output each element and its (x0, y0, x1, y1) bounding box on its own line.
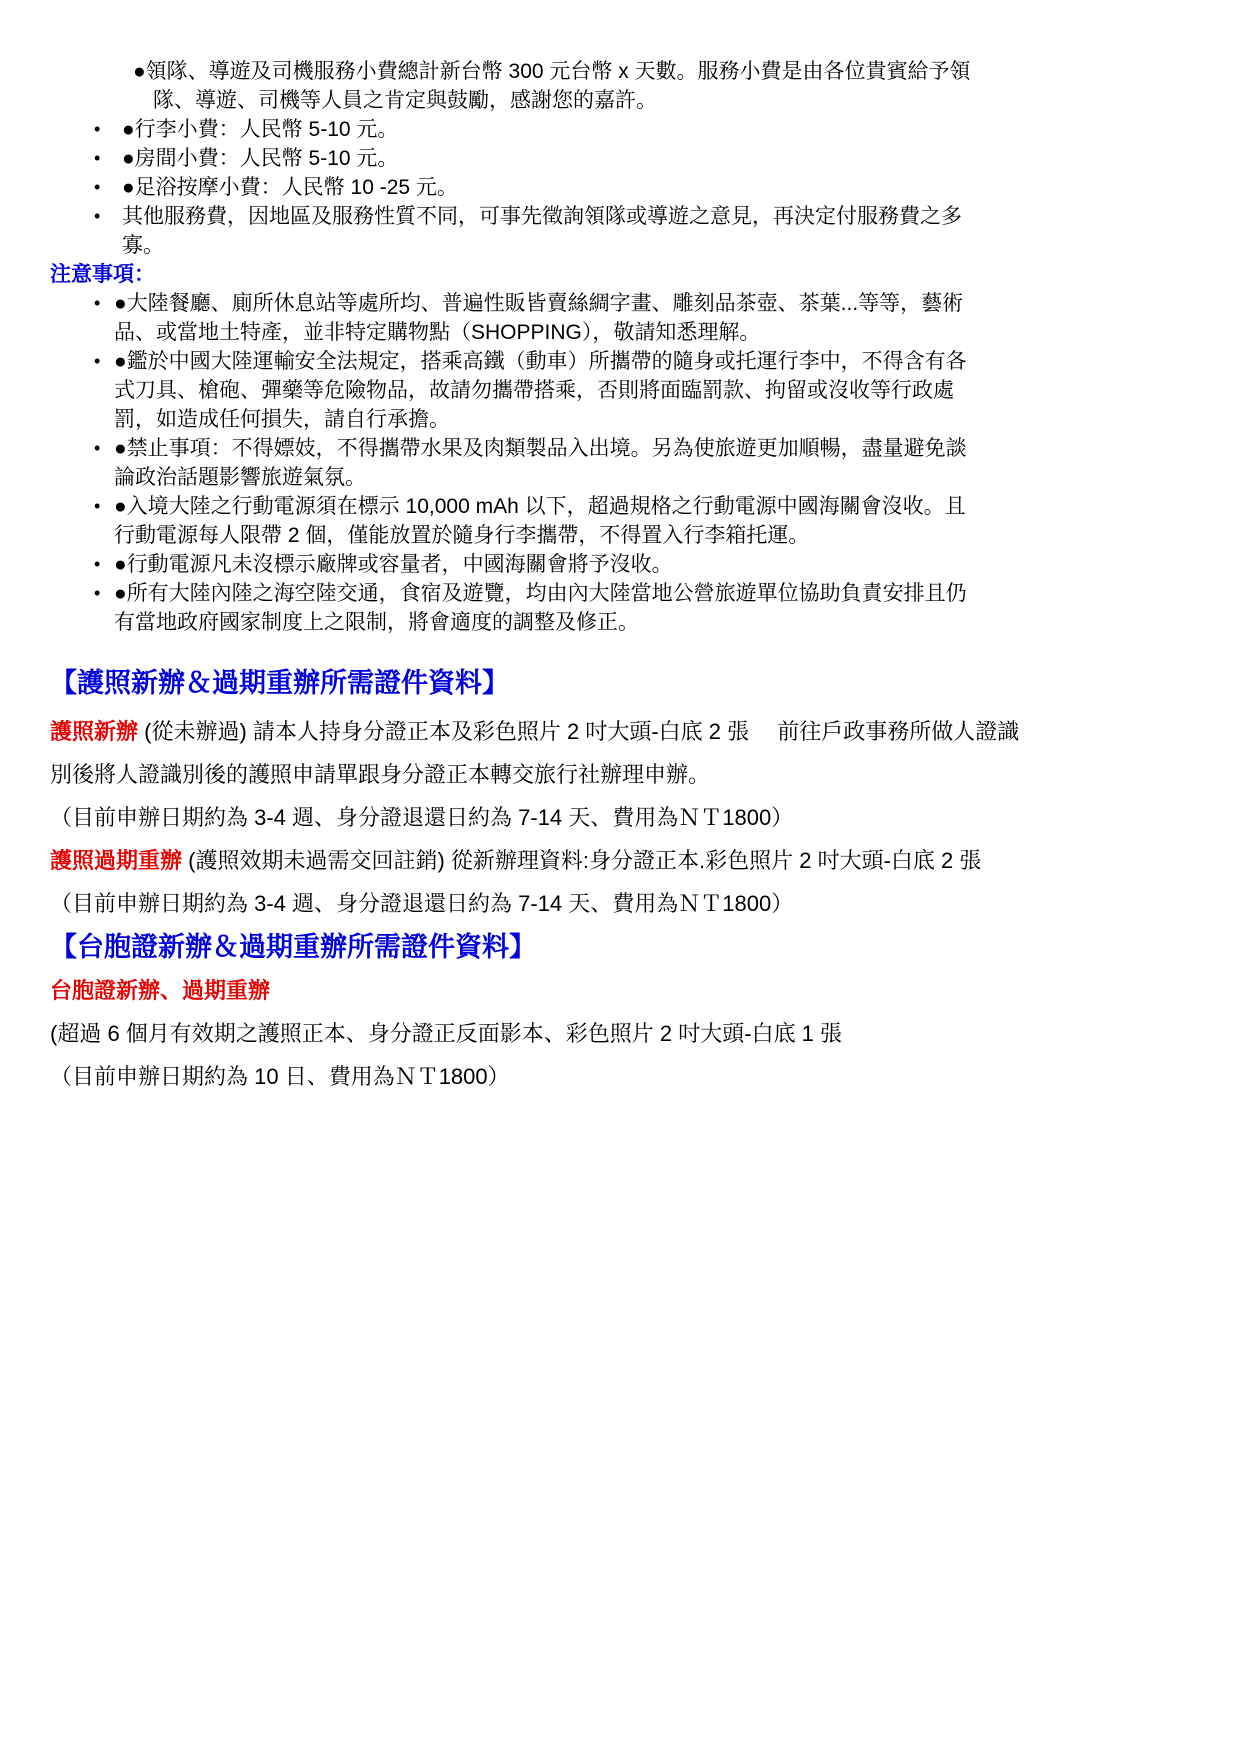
bullet-marker: • (94, 492, 100, 521)
item-text: ●行動電源凡未沒標示廠牌或容量者，中國海關會將予沒收。 (50, 550, 1200, 579)
list-item: • ●所有大陸內陸之海空陸交通，食宿及遊覽，均由內大陸當地公營旅遊單位協助負責安… (50, 579, 1200, 637)
list-item: • ●足浴按摩小費：人民幣 10 -25 元。 (50, 173, 1200, 202)
tips-lead-item: ●領隊、導遊及司機服務小費總計新台幣 300 元台幣 x 天數。服務小費是由各位… (50, 57, 1200, 115)
list-item: • ●行動電源凡未沒標示廠牌或容量者，中國海關會將予沒收。 (50, 550, 1200, 579)
item-text: ●鑑於中國大陸運輸安全法規定，搭乘高鐵（動車）所攜帶的隨身或托運行李中，不得含有… (50, 347, 1200, 434)
bullet-marker: • (94, 173, 100, 202)
list-item: • ●鑑於中國大陸運輸安全法規定，搭乘高鐵（動車）所攜帶的隨身或托運行李中，不得… (50, 347, 1200, 434)
taibao-section-heading: 【台胞證新辦＆過期重辦所需證件資料】 (50, 927, 1200, 967)
bullet-marker: • (94, 579, 100, 608)
passport-renew-note: （目前申辦日期約為 3-4 週、身分證退還日約為 7-14 天、費用為ＮＴ180… (50, 882, 1200, 925)
bullet-marker: • (94, 202, 100, 231)
passport-new-label: 護照新辦 (50, 719, 138, 744)
passport-renew-text: (護照效期未過需交回註銷) 從新辦理資料:身分證正本.彩色照片 2 吋大頭-白底… (182, 848, 981, 873)
item-text: ●入境大陸之行動電源須在標示 10,000 mAh 以下，超過規格之行動電源中國… (50, 492, 1200, 550)
list-item: • 其他服務費，因地區及服務性質不同，可事先徵詢領隊或導遊之意見，再決定付服務費… (50, 202, 1200, 260)
document-page: ●領隊、導遊及司機服務小費總計新台幣 300 元台幣 x 天數。服務小費是由各位… (0, 0, 1240, 1755)
passport-new-note: （目前申辦日期約為 3-4 週、身分證退還日約為 7-14 天、費用為ＮＴ180… (50, 796, 1200, 839)
taibao-requirements: (超過 6 個月有效期之護照正本、身分證正反面影本、彩色照片 2 吋大頭-白底 … (50, 1012, 1200, 1055)
item-text: ●房間小費：人民幣 5-10 元。 (50, 144, 1200, 173)
bullet-marker: • (94, 144, 100, 173)
bullet-marker: • (94, 550, 100, 579)
bullet-marker: • (94, 289, 100, 318)
bullet-marker: • (94, 434, 100, 463)
passport-new-paragraph: 護照新辦 (從未辦過) 請本人持身分證正本及彩色照片 2 吋大頭-白底 2 張 … (50, 710, 1200, 796)
list-item: • ●行李小費：人民幣 5-10 元。 (50, 115, 1200, 144)
notice-heading: 注意事項： (50, 260, 1200, 289)
item-text: ●禁止事項：不得嫖妓，不得攜帶水果及肉類製品入出境。另為使旅遊更加順暢，盡量避免… (50, 434, 1200, 492)
passport-renew-label: 護照過期重辦 (50, 848, 182, 873)
item-text: ●足浴按摩小費：人民幣 10 -25 元。 (50, 173, 1200, 202)
item-text: ●大陸餐廳、廁所休息站等處所均、普遍性販皆賣絲綢字畫、雕刻品茶壺、茶葉...等等… (50, 289, 1200, 347)
notice-list: • ●大陸餐廳、廁所休息站等處所均、普遍性販皆賣絲綢字畫、雕刻品茶壺、茶葉...… (50, 289, 1200, 637)
tips-list: ●領隊、導遊及司機服務小費總計新台幣 300 元台幣 x 天數。服務小費是由各位… (50, 57, 1200, 260)
item-text: ●行李小費：人民幣 5-10 元。 (50, 115, 1200, 144)
bullet-marker: • (94, 347, 100, 376)
passport-section-heading: 【護照新辦＆過期重辦所需證件資料】 (50, 663, 1200, 703)
list-item: • ●房間小費：人民幣 5-10 元。 (50, 144, 1200, 173)
taibao-label: 台胞證新辦、過期重辦 (50, 969, 1200, 1012)
list-item: • ●大陸餐廳、廁所休息站等處所均、普遍性販皆賣絲綢字畫、雕刻品茶壺、茶葉...… (50, 289, 1200, 347)
list-item: • ●禁止事項：不得嫖妓，不得攜帶水果及肉類製品入出境。另為使旅遊更加順暢，盡量… (50, 434, 1200, 492)
passport-new-text: (從未辦過) 請本人持身分證正本及彩色照片 2 吋大頭-白底 2 張 前往戶政事… (50, 719, 1019, 787)
item-text: ●所有大陸內陸之海空陸交通，食宿及遊覽，均由內大陸當地公營旅遊單位協助負責安排且… (50, 579, 1200, 637)
taibao-note: （目前申辦日期約為 10 日、費用為ＮＴ1800） (50, 1055, 1200, 1098)
list-item: • ●入境大陸之行動電源須在標示 10,000 mAh 以下，超過規格之行動電源… (50, 492, 1200, 550)
item-text: 其他服務費，因地區及服務性質不同，可事先徵詢領隊或導遊之意見，再決定付服務費之多… (50, 202, 1200, 260)
passport-renew-paragraph: 護照過期重辦 (護照效期未過需交回註銷) 從新辦理資料:身分證正本.彩色照片 2… (50, 839, 1200, 882)
bullet-marker: • (94, 115, 100, 144)
